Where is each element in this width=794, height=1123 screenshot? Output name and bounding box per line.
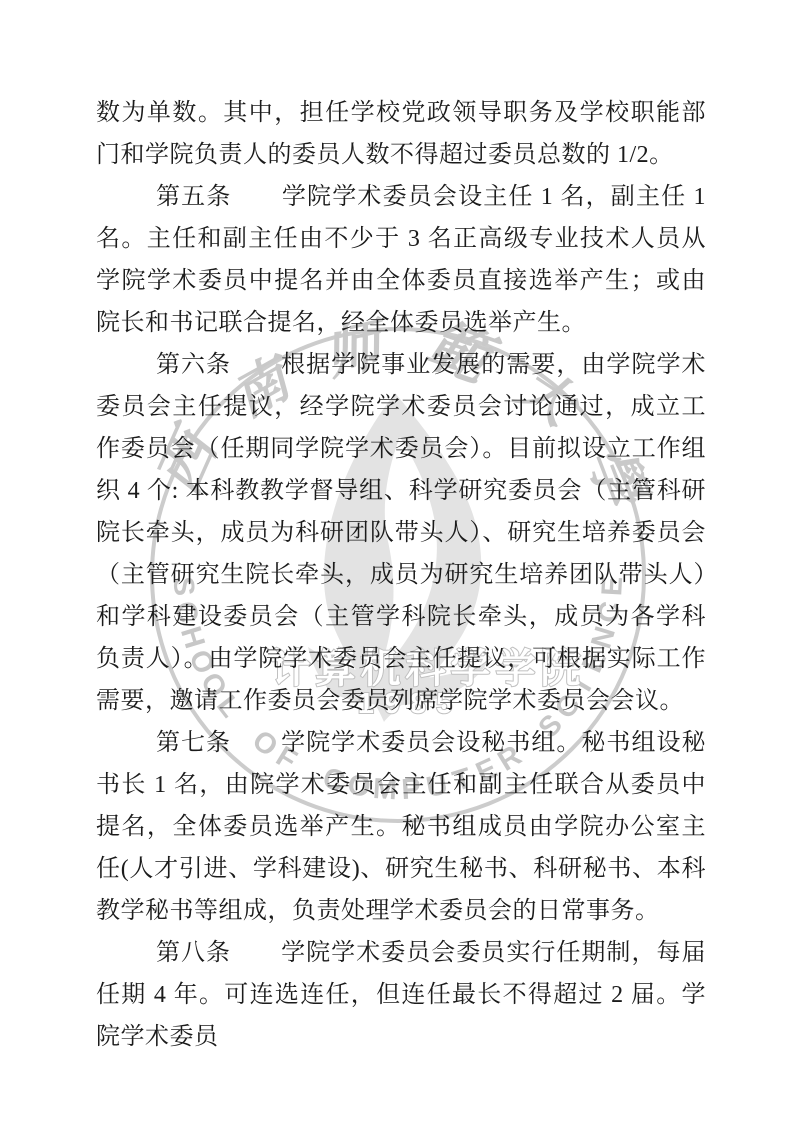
paragraph-article-5: 第五条 学院学术委员会设主任 1 名，副主任 1 名。主任和副主任由不少于 3 … [96, 176, 706, 344]
document-body: 数为单数。其中，担任学校党政领导职务及学校职能部门和学院负责人的委员人数不得超过… [96, 92, 706, 1058]
document-page: 西南师範大學 SCHOOL OF COMPUTER SCIENCE 计算机科学学… [0, 0, 794, 1123]
paragraph-continuation: 数为单数。其中，担任学校党政领导职务及学校职能部门和学院负责人的委员人数不得超过… [96, 92, 706, 176]
paragraph-article-8: 第八条 学院学术委员会委员实行任期制，每届任期 4 年。可连选连任，但连任最长不… [96, 932, 706, 1058]
paragraph-article-6: 第六条 根据学院事业发展的需要，由学院学术委员会主任提议，经学院学术委员会讨论通… [96, 344, 706, 722]
paragraph-article-7: 第七条 学院学术委员会设秘书组。秘书组设秘书长 1 名，由院学术委员会主任和副主… [96, 722, 706, 932]
